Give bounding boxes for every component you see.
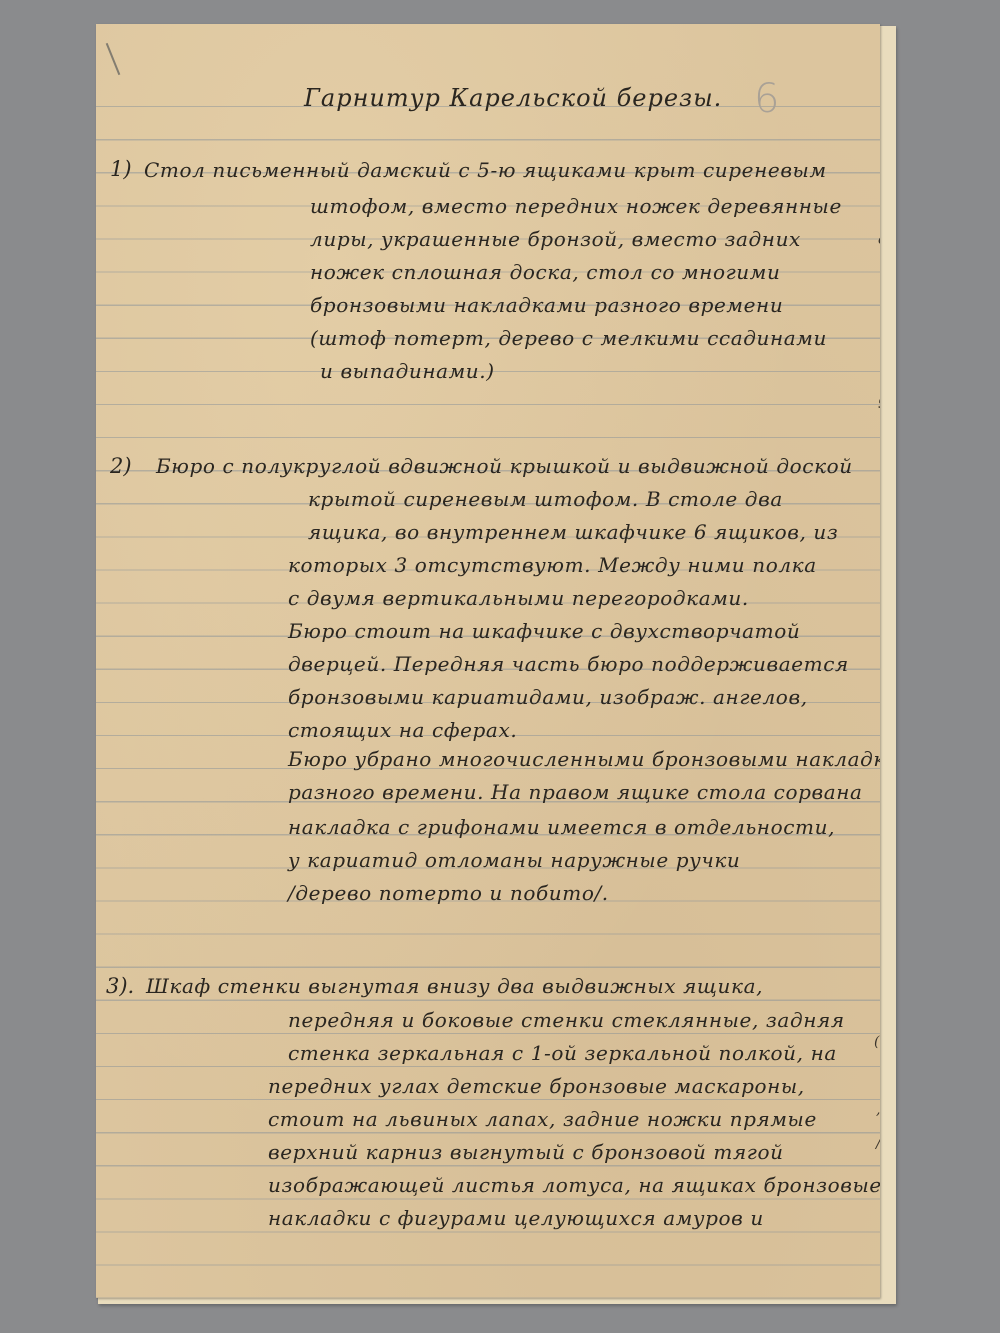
item-3-line-5: стоит на львиных лапах, задние ножки пря… (268, 1103, 817, 1136)
margin-mark: ( (874, 1034, 879, 1050)
item-2-line-12: накладка с грифонами имеется в отдельнос… (288, 811, 835, 844)
page-number: 6 (754, 76, 779, 122)
item-3-line-3: стенка зеркальная с 1-ой зеркальной полк… (288, 1037, 837, 1070)
margin-mark: 9 (878, 396, 880, 412)
manuscript-page: Гарнитур Карельской березы. 6 1) Стол пи… (96, 24, 880, 1298)
item-1-line-2: штофом, вместо передних ножек деревянные (310, 190, 842, 223)
item-3-line-2: передняя и боковые стенки стеклянные, за… (288, 1004, 845, 1037)
page-title: Гарнитур Карельской березы. (304, 84, 722, 112)
item-2-line-5: с двумя вертикальными перегородками. (288, 582, 749, 615)
item-2-line-1: Бюро с полукруглой вдвижной крышкой и вы… (156, 450, 853, 483)
item-2-line-8: бронзовыми кариатидами, изображ. ангелов… (288, 681, 808, 714)
item-1-line-6: (штоф потерт, дерево с мелкими ссадинами (310, 322, 827, 355)
item-number: 2) (110, 454, 132, 478)
item-2-line-11: разного времени. На правом ящике стола с… (288, 776, 863, 809)
item-2-line-2: крытой сиреневым штофом. В столе два (308, 483, 783, 516)
item-2-line-13: у кариатид отломаны наружные ручки (288, 844, 740, 877)
item-1-line-4: ножек сплошная доска, стол со многими (310, 256, 780, 289)
item-1-line-1: Стол письменный дамский с 5-ю ящиками кр… (144, 154, 827, 187)
item-3-line-4: передних углах детские бронзовые маскаро… (268, 1070, 805, 1103)
item-2-line-10: Бюро убрано многочисленными бронзовыми н… (288, 743, 880, 776)
item-2-line-3: ящика, во внутреннем шкафчике 6 ящиков, … (308, 516, 838, 549)
item-3-line-6: верхний карниз выгнутый с бронзовой тяго… (268, 1136, 784, 1169)
item-3-line-7: изображающей листья лотуса, на ящиках бр… (268, 1169, 880, 1202)
pencil-mark (106, 43, 121, 75)
margin-mark: , (876, 1102, 880, 1118)
margin-mark: / (876, 1136, 880, 1152)
item-number: 1) (110, 157, 132, 181)
item-1-line-3: лиры, украшенные бронзой, вместо задних (310, 223, 801, 256)
item-3-line-8: накладки с фигурами целующихся амуров и (268, 1202, 764, 1235)
item-2-line-6: Бюро стоит на шкафчике с двухстворчатой (288, 615, 800, 648)
item-2-line-7: дверцей. Передняя часть бюро поддерживае… (288, 648, 849, 681)
item-1-line-5: бронзовыми накладками разного времени (310, 289, 783, 322)
item-2-line-14: /дерево потерто и побито/. (288, 877, 609, 910)
margin-mark: о (878, 232, 880, 248)
item-2-line-4: которых 3 отсутствуют. Между ними полка (288, 549, 817, 582)
item-3-line-1: Шкаф стенки выгнутая внизу два выдвижных… (146, 970, 763, 1003)
item-1-line-7: и выпадинами.) (320, 355, 495, 388)
item-number: 3). (106, 974, 134, 998)
